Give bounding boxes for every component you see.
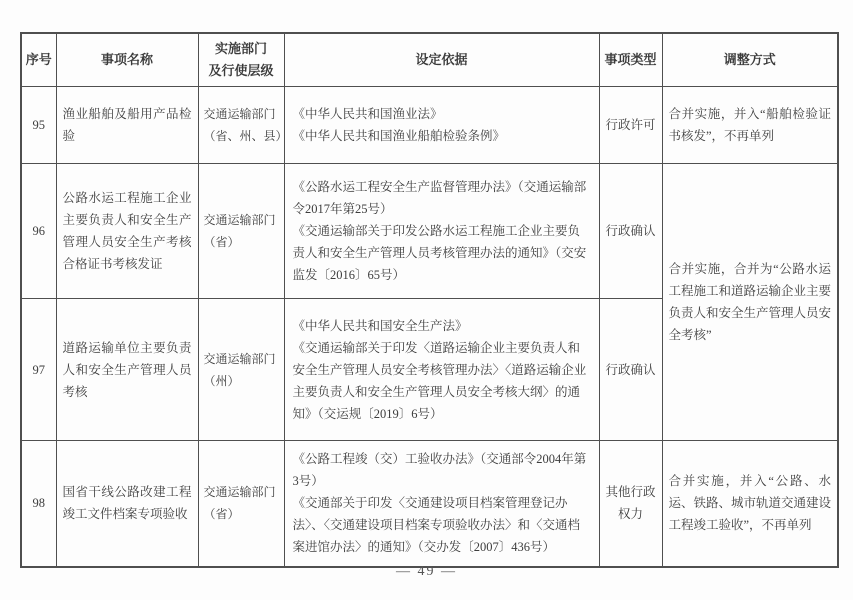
department-levels: （省） — [204, 503, 279, 525]
col-header-item-name: 事项名称 — [56, 33, 198, 87]
cell-item-name: 公路水运工程施工企业主要负责人和安全生产管理人员安全生产考核合格证书考核发证 — [56, 164, 198, 299]
cell-basis: 《中华人民共和国渔业法》 《中华人民共和国渔业船舶检验条例》 — [284, 87, 599, 164]
cell-item-name: 道路运输单位主要负责人和安全生产管理人员考核 — [56, 299, 198, 441]
basis-doc: 《中华人民共和国渔业法》 — [293, 103, 591, 125]
basis-doc: 《交通运输部关于印发〈道路运输企业主要负责人和安全生产管理人员安全考核管理办法〉… — [293, 337, 591, 425]
col-header-adjustment: 调整方式 — [662, 33, 838, 87]
department-name: 交通运输部门 — [204, 103, 279, 125]
cell-seq: 98 — [21, 441, 56, 567]
header-row: 序号 事项名称 实施部门 及行使层级 设定依据 事项类型 调整方式 — [21, 33, 838, 87]
cell-basis: 《公路水运工程安全生产监督管理办法》（交通运输部令2017年第25号） 《交通运… — [284, 164, 599, 299]
cell-seq: 97 — [21, 299, 56, 441]
col-header-department-line1: 实施部门 — [202, 38, 281, 60]
cell-item-type: 行政确认 — [599, 299, 662, 441]
department-name: 交通运输部门 — [204, 481, 279, 503]
cell-item-name: 国省干线公路改建工程竣工文件档案专项验收 — [56, 441, 198, 567]
department-levels: （州） — [204, 370, 279, 392]
page-number: — 49 — — [0, 564, 853, 580]
basis-doc: 《中华人民共和国渔业船舶检验条例》 — [293, 125, 591, 147]
department-levels: （省） — [204, 231, 279, 253]
table-row: 96 公路水运工程施工企业主要负责人和安全生产管理人员安全生产考核合格证书考核发… — [21, 164, 838, 299]
basis-doc: 《公路工程竣（交）工验收办法》（交通部令2004年第3号） — [293, 448, 591, 492]
basis-doc: 《交通运输部关于印发公路水运工程施工企业主要负责人和安全生产管理人员考核管理办法… — [293, 220, 591, 286]
department-name: 交通运输部门 — [204, 209, 279, 231]
department-name: 交通运输部门 — [204, 348, 279, 370]
cell-seq: 95 — [21, 87, 56, 164]
table-row: 95 渔业船舶及船用产品检验 交通运输部门 （省、州、县） 《中华人民共和国渔业… — [21, 87, 838, 164]
department-levels: （省、州、县） — [204, 125, 279, 147]
col-header-seq: 序号 — [21, 33, 56, 87]
cell-adjustment-merged: 合并实施，合并为“公路水运工程施工和道路运输企业主要负责人和安全生产管理人员安全… — [662, 164, 838, 441]
cell-department: 交通运输部门 （州） — [198, 299, 284, 441]
cell-seq: 96 — [21, 164, 56, 299]
items-table: 序号 事项名称 实施部门 及行使层级 设定依据 事项类型 调整方式 95 渔业船… — [20, 32, 839, 568]
cell-item-type: 其他行政权力 — [599, 441, 662, 567]
cell-basis: 《中华人民共和国安全生产法》 《交通运输部关于印发〈道路运输企业主要负责人和安全… — [284, 299, 599, 441]
table-row: 98 国省干线公路改建工程竣工文件档案专项验收 交通运输部门 （省） 《公路工程… — [21, 441, 838, 567]
cell-adjustment: 合并实施，并入“船舶检验证书核发”，不再单列 — [662, 87, 838, 164]
col-header-department: 实施部门 及行使层级 — [198, 33, 284, 87]
col-header-basis: 设定依据 — [284, 33, 599, 87]
basis-doc: 《中华人民共和国安全生产法》 — [293, 315, 591, 337]
cell-item-type: 行政许可 — [599, 87, 662, 164]
cell-item-type: 行政确认 — [599, 164, 662, 299]
basis-doc: 《交通部关于印发〈交通建设项目档案管理登记办法〉、〈交通建设项目档案专项验收办法… — [293, 492, 591, 558]
document-page: 序号 事项名称 实施部门 及行使层级 设定依据 事项类型 调整方式 95 渔业船… — [0, 0, 853, 600]
col-header-department-line2: 及行使层级 — [202, 60, 281, 82]
cell-department: 交通运输部门 （省） — [198, 441, 284, 567]
basis-doc: 《公路水运工程安全生产监督管理办法》（交通运输部令2017年第25号） — [293, 176, 591, 220]
cell-department: 交通运输部门 （省、州、县） — [198, 87, 284, 164]
cell-item-name: 渔业船舶及船用产品检验 — [56, 87, 198, 164]
cell-department: 交通运输部门 （省） — [198, 164, 284, 299]
cell-adjustment: 合并实施，并入“公路、水运、铁路、城市轨道交通建设工程竣工验收”，不再单列 — [662, 441, 838, 567]
cell-basis: 《公路工程竣（交）工验收办法》（交通部令2004年第3号） 《交通部关于印发〈交… — [284, 441, 599, 567]
col-header-item-type: 事项类型 — [599, 33, 662, 87]
